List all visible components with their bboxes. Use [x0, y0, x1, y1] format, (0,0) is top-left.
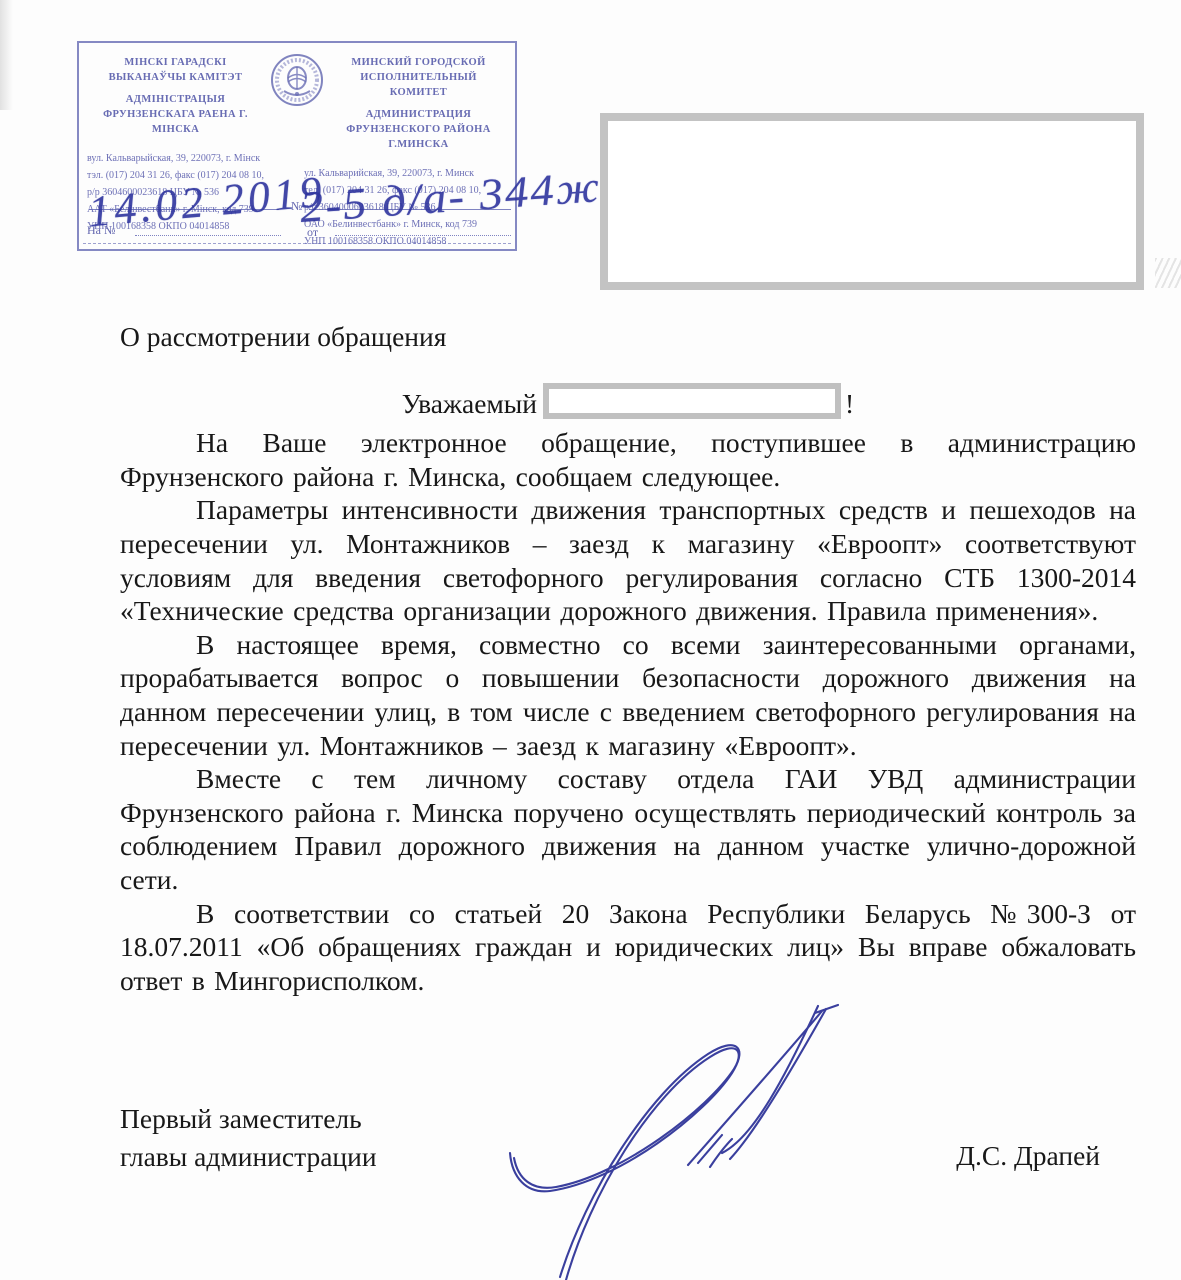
salutation-suffix: ! — [845, 388, 854, 419]
letterhead-org-line: АДМІНІСТРАЦЫЯ — [87, 92, 264, 107]
body-paragraph: На Ваше электронное обращение, поступивш… — [120, 426, 1136, 493]
scan-smudge — [1155, 258, 1181, 288]
body-paragraph: В соответствии со статьей 20 Закона Респ… — [120, 897, 1136, 998]
letterhead-address-line: вул. Кальварыйская, 39, 220073, г. Мінск — [87, 150, 290, 167]
letterhead-org-line: МИНСКИЙ ГОРОДСКОЙ — [330, 55, 507, 70]
stamp-bottom-rule — [83, 243, 511, 244]
letterhead-org-line: ФРУНЗЕНСКОГО РАЙОНА Г.МИНСКА — [330, 122, 507, 152]
body-paragraph: Вместе с тем личному составу отдела ГАИ … — [120, 762, 1136, 896]
signer-title-line: Первый заместитель — [120, 1100, 377, 1138]
letterhead-org-line: МІНСКІ ГАРАДСКІ — [87, 55, 264, 70]
salutation-line: Уважаемый! — [120, 383, 1136, 421]
from-line — [335, 235, 511, 236]
on-number-line — [135, 235, 281, 236]
scan-smudge — [0, 0, 13, 110]
salutation-prefix: Уважаемый — [402, 388, 537, 419]
body-paragraph: Параметры интенсивности движения транспо… — [120, 493, 1136, 627]
letterhead-org-line: ИСПОЛНИТЕЛЬНЫЙ КОМИТЕТ — [330, 70, 507, 100]
signer-title-line: главы администрации — [120, 1138, 377, 1176]
letter-body: О рассмотрении обращения Уважаемый! На В… — [120, 320, 1136, 997]
signature-block: Первый заместитель главы администрации Д… — [120, 1100, 1100, 1176]
scanned-letter-page: МІНСКІ ГАРАДСКІ ВЫКАНАЎЧЫ КАМІТЭТ АДМІНІ… — [0, 0, 1181, 1280]
letterhead-org-line: АДМИНИСТРАЦИЯ — [330, 107, 507, 122]
redacted-region — [600, 113, 1144, 290]
signer-name: Д.С. Драпей — [956, 1137, 1100, 1176]
coat-of-arms-emblem-icon — [270, 53, 324, 112]
subject-line: О рассмотрении обращения — [120, 320, 1136, 354]
letterhead-org-line: ФРУНЗЕНСКАГА РАЕНА Г. МІНСКА — [87, 107, 264, 137]
body-paragraph: В настоящее время, совместно со всеми за… — [120, 628, 1136, 762]
signer-title: Первый заместитель главы администрации — [120, 1100, 377, 1176]
letterhead-org-line: ВЫКАНАЎЧЫ КАМІТЭТ — [87, 70, 264, 85]
redacted-name — [543, 383, 841, 419]
